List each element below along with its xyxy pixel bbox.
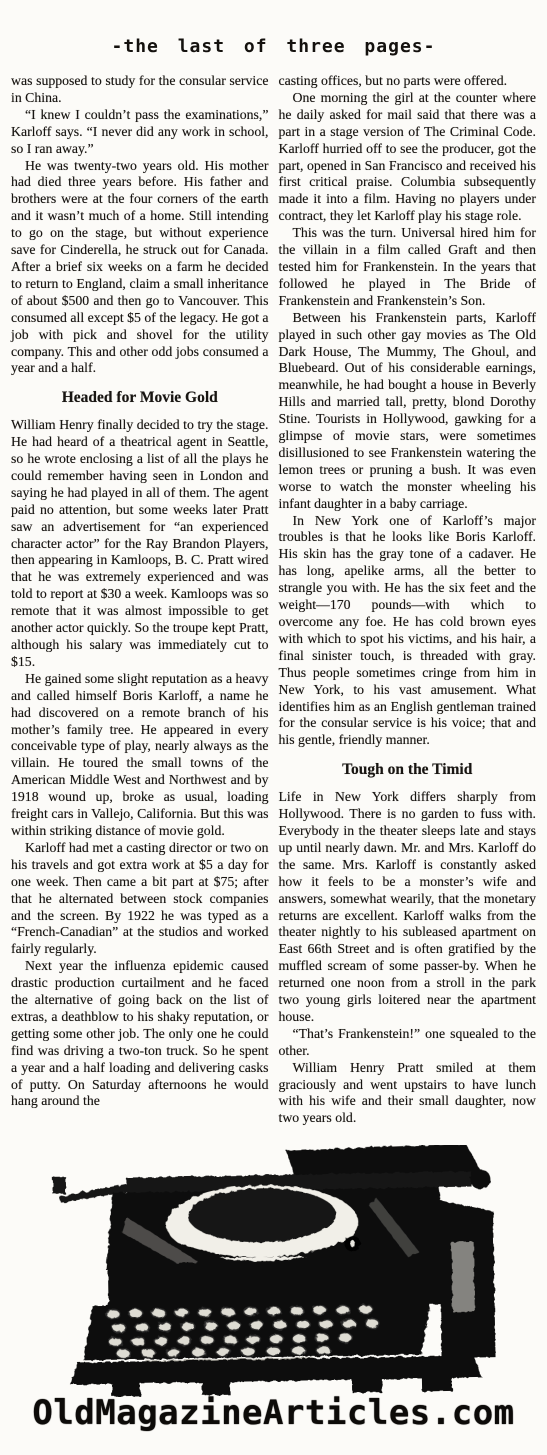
paragraph: “I knew I couldn’t pass the examinations… bbox=[11, 107, 269, 158]
paragraph: This was the turn. Universal hired him f… bbox=[279, 225, 537, 310]
paragraph: In New York one of Karloff’s major troub… bbox=[279, 513, 537, 750]
column-right: casting offices, but no parts were offer… bbox=[279, 73, 537, 1135]
paragraph: Next year the influenza epidemic caused … bbox=[11, 958, 269, 1110]
paragraph: William Henry finally decided to try the… bbox=[11, 417, 269, 671]
paragraph: William Henry Pratt smiled at them graci… bbox=[279, 1060, 537, 1128]
paragraph: “That’s Frankenstein!” one squealed to t… bbox=[279, 1026, 537, 1060]
magazine-page: -the last of three pages- was supposed t… bbox=[0, 0, 547, 1455]
paragraph: casting offices, but no parts were offer… bbox=[279, 73, 537, 90]
paragraph: Between his Frankenstein parts, Karloff … bbox=[279, 310, 537, 513]
paragraph: Life in New York differs sharply from Ho… bbox=[279, 789, 537, 1026]
section-heading: Headed for Movie Gold bbox=[11, 390, 269, 407]
paragraph: He gained some slight reputation as a he… bbox=[11, 671, 269, 840]
section-heading: Tough on the Timid bbox=[279, 762, 537, 779]
page-header-note: -the last of three pages- bbox=[0, 0, 547, 57]
watermark-text: OldMagazineArticles.com bbox=[0, 1393, 547, 1433]
typewriter-image bbox=[48, 1145, 500, 1397]
typewriter-base bbox=[69, 1355, 481, 1384]
column-left: was supposed to study for the consular s… bbox=[11, 73, 269, 1135]
paragraph: Karloff had met a casting director or tw… bbox=[11, 840, 269, 958]
article-columns: was supposed to study for the consular s… bbox=[0, 57, 547, 1135]
typewriter-illustration bbox=[0, 1145, 547, 1397]
paragraph: He was twenty-two years old. His mother … bbox=[11, 158, 269, 378]
paragraph: was supposed to study for the consular s… bbox=[11, 73, 269, 107]
paragraph: One morning the girl at the counter wher… bbox=[279, 90, 537, 225]
